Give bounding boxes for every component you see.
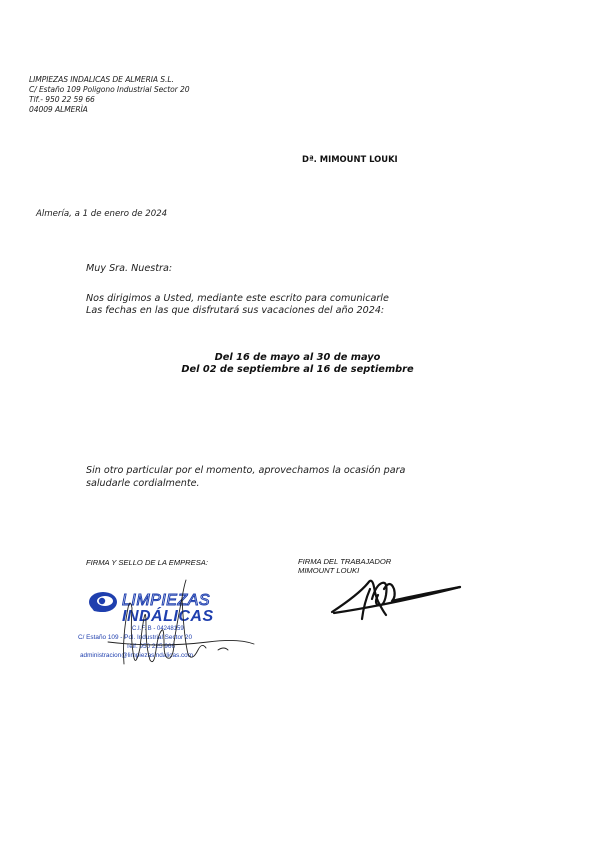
letter-body: Nos dirigimos a Usted, mediante este esc… xyxy=(86,293,389,317)
date-line: Almería, a 1 de enero de 2024 xyxy=(36,209,167,219)
stamp-brand-2: INDÁLICAS xyxy=(122,606,214,625)
sender-address: C/ Estaño 109 Poligono Industrial Sector… xyxy=(29,85,189,95)
sender-block: LIMPIEZAS INDALICAS DE ALMERIA S.L. C/ E… xyxy=(29,75,189,115)
company-stamp: LIMPIEZAS INDÁLICAS C.I.F. B - 04248159 … xyxy=(78,578,268,668)
recipient-name: Dª. MIMOUNT LOUKI xyxy=(302,154,398,164)
closing-line: saludarle cordialmente. xyxy=(86,477,405,490)
vacation-period: Del 16 de mayo al 30 de mayo xyxy=(0,352,595,364)
worker-signature-icon xyxy=(328,575,468,625)
sender-company: LIMPIEZAS INDALICAS DE ALMERIA S.L. xyxy=(29,75,189,85)
vacation-period: Del 02 de septiembre al 16 de septiembre xyxy=(0,364,595,376)
vacation-periods: Del 16 de mayo al 30 de mayo Del 02 de s… xyxy=(0,352,595,376)
worker-label-name: MIMOUNT LOUKI xyxy=(298,566,391,575)
closing-paragraph: Sin otro particular por el momento, apro… xyxy=(86,464,405,490)
worker-label-title: FIRMA DEL TRABAJADOR xyxy=(298,557,391,566)
worker-signature xyxy=(328,575,468,625)
stamp-email: administracion@limpiezasindalicas.com xyxy=(80,652,193,659)
body-line: Nos dirigimos a Usted, mediante este esc… xyxy=(86,293,389,305)
stamp-graphic: LIMPIEZAS INDÁLICAS C.I.F. B - 04248159 … xyxy=(78,578,268,668)
stamp-brand-1: LIMPIEZAS xyxy=(122,592,210,609)
company-signature-label: FIRMA Y SELLO DE LA EMPRESA: xyxy=(86,558,208,567)
body-line: Las fechas en las que disfrutará sus vac… xyxy=(86,305,389,317)
worker-signature-label: FIRMA DEL TRABAJADOR MIMOUNT LOUKI xyxy=(298,557,391,575)
company-logo-icon xyxy=(89,592,117,612)
sender-phone: Tlf.- 950 22 59 66 xyxy=(29,95,189,105)
greeting: Muy Sra. Nuestra: xyxy=(86,263,172,274)
closing-line: Sin otro particular por el momento, apro… xyxy=(86,464,405,477)
sender-postal-city: 04009 ALMERÌA xyxy=(29,105,189,115)
